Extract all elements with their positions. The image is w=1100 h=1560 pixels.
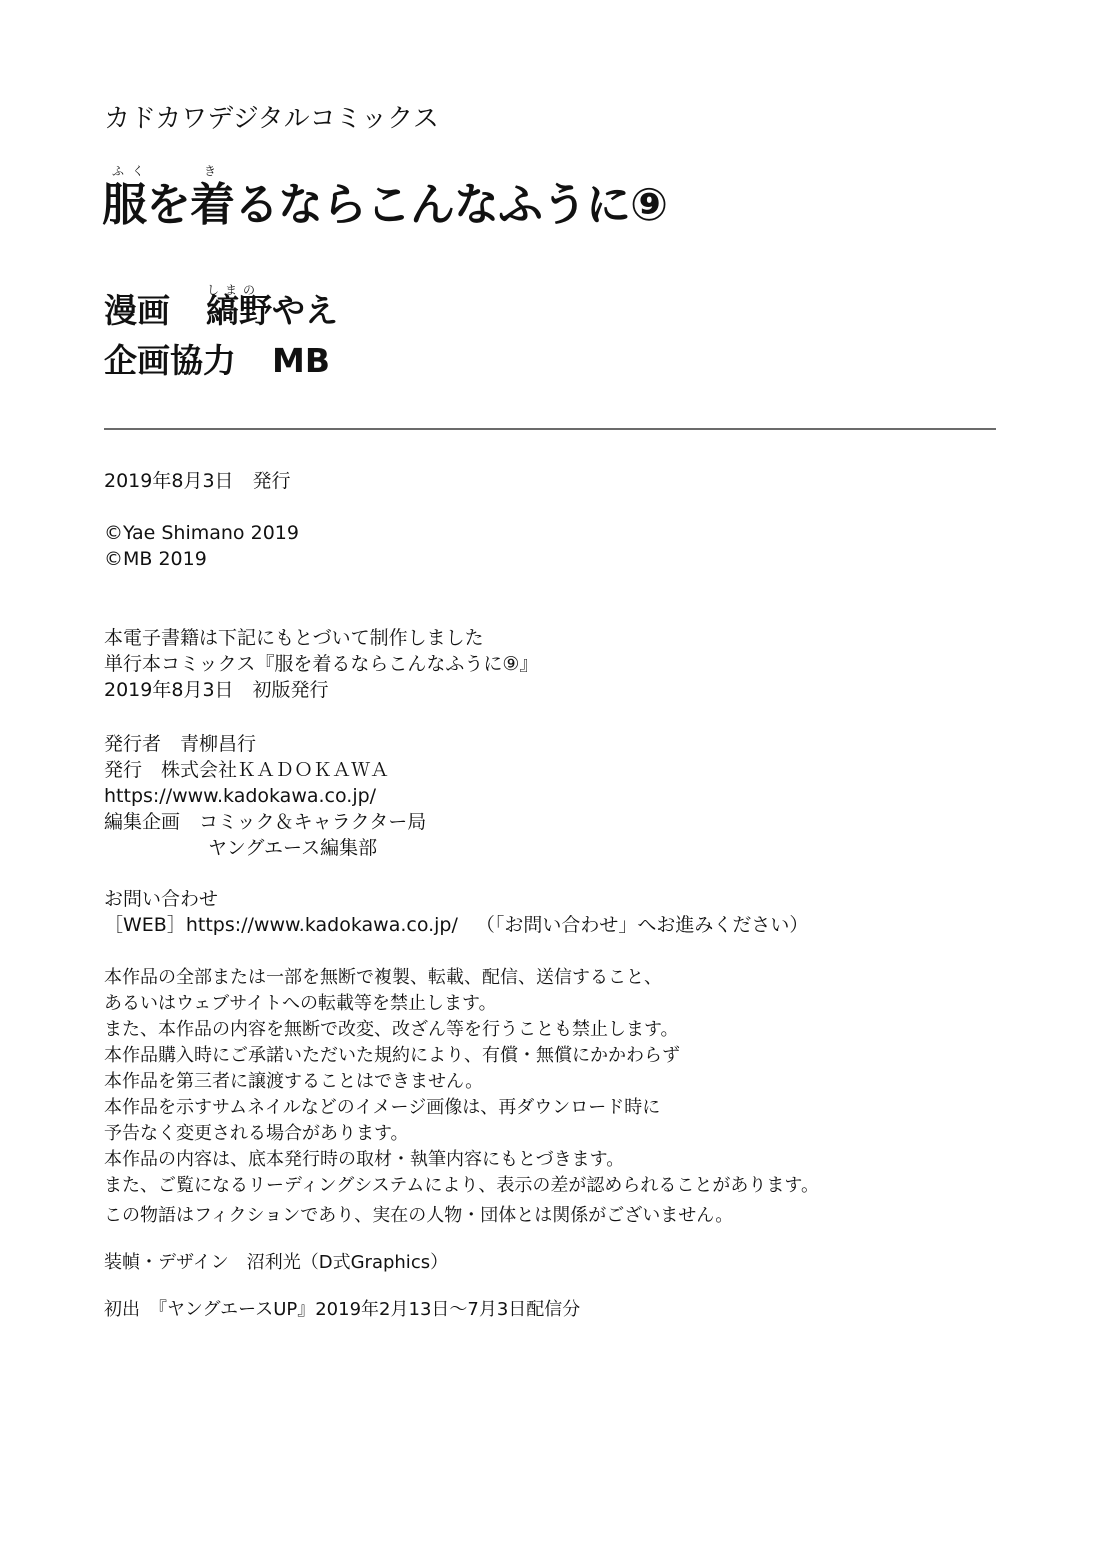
contact-web-line: ［WEB］https://www.kadokawa.co.jp/（「お問い合わせ… bbox=[104, 912, 808, 938]
notices-block: 本作品の全部または一部を無断で複製、転載、配信、送信すること、 あるいはウェブサ… bbox=[104, 965, 819, 1199]
contact-block: お問い合わせ ［WEB］https://www.kadokawa.co.jp/（… bbox=[104, 886, 808, 938]
notice-line: 予告なく変更される場合があります。 bbox=[104, 1121, 819, 1147]
imprint-label: カドカワデジタルコミックス bbox=[104, 103, 439, 135]
contact-web-prefix: ［WEB］ bbox=[104, 914, 186, 936]
source-edition-line: 2019年8月3日 初版発行 bbox=[104, 677, 538, 703]
credit-manga: 漫画縞野やえ bbox=[104, 291, 338, 331]
copyright-block: ©Yae Shimano 2019 ©MB 2019 bbox=[104, 520, 299, 572]
notice-line: また、本作品の内容を無断で改変、改ざん等を行うことも禁止します。 bbox=[104, 1017, 819, 1043]
contact-web-url[interactable]: https://www.kadokawa.co.jp/ bbox=[186, 914, 458, 936]
credit-manga-name: 縞野やえ bbox=[206, 291, 338, 330]
notice-line: 本作品の内容は、底本発行時の取材・執筆内容にもとづきます。 bbox=[104, 1147, 819, 1173]
copyright-author: ©Yae Shimano 2019 bbox=[104, 520, 299, 546]
publisher-person: 発行者 青柳昌行 bbox=[104, 731, 426, 757]
source-edition-block: 本電子書籍は下記にもとづいて制作しました 単行本コミックス『服を着るならこんなふ… bbox=[104, 625, 538, 703]
notice-line: 本作品の全部または一部を無断で複製、転載、配信、送信すること、 bbox=[104, 965, 819, 991]
title-ruby-ki: き bbox=[204, 164, 216, 178]
fiction-disclaimer: この物語はフィクションであり、実在の人物・団体とは関係がございません。 bbox=[104, 1203, 733, 1229]
credit-planning: 企画協力MB bbox=[104, 341, 330, 381]
credit-manga-role: 漫画 bbox=[104, 291, 170, 330]
notice-line: 本作品を第三者に譲渡することはできません。 bbox=[104, 1069, 819, 1095]
editorial-department: ヤングエース編集部 bbox=[104, 835, 426, 861]
publisher-company: 発行 株式会社ＫＡＤＯＫＡＷＡ bbox=[104, 757, 426, 783]
notice-line: あるいはウェブサイトへの転載等を禁止します。 bbox=[104, 991, 819, 1017]
design-credit: 装幀・デザイン 沼利光（D式Graphics） bbox=[104, 1250, 448, 1276]
first-appearance: 初出 『ヤングエースUP』2019年2月13日～7月3日配信分 bbox=[104, 1297, 580, 1323]
title-ruby-fuku: ふく bbox=[112, 164, 152, 178]
editorial-division: 編集企画 コミック＆キャラクター局 bbox=[104, 809, 426, 835]
contact-heading: お問い合わせ bbox=[104, 886, 808, 912]
book-title: 服を着るならこんなふうに⑨ bbox=[102, 178, 667, 232]
publisher-url[interactable]: https://www.kadokawa.co.jp/ bbox=[104, 783, 426, 809]
copyright-mb: ©MB 2019 bbox=[104, 546, 299, 572]
notice-line: また、ご覧になるリーディングシステムにより、表示の差が認められることがあります。 bbox=[104, 1173, 819, 1199]
publication-date: 2019年8月3日 発行 bbox=[104, 468, 291, 494]
notice-line: 本作品を示すサムネイルなどのイメージ画像は、再ダウンロード時に bbox=[104, 1095, 819, 1121]
notice-line: 本作品購入時にご承諾いただいた規約により、有償・無償にかかわらず bbox=[104, 1043, 819, 1069]
publisher-block: 発行者 青柳昌行 発行 株式会社ＫＡＤＯＫＡＷＡ https://www.kad… bbox=[104, 731, 426, 861]
credit-planning-name: MB bbox=[272, 341, 330, 380]
contact-web-note: （「お問い合わせ」へお進みください） bbox=[476, 914, 809, 936]
divider bbox=[104, 428, 996, 430]
source-edition-line: 単行本コミックス『服を着るならこんなふうに⑨』 bbox=[104, 651, 538, 677]
credit-planning-role: 企画協力 bbox=[104, 341, 236, 380]
source-edition-line: 本電子書籍は下記にもとづいて制作しました bbox=[104, 625, 538, 651]
